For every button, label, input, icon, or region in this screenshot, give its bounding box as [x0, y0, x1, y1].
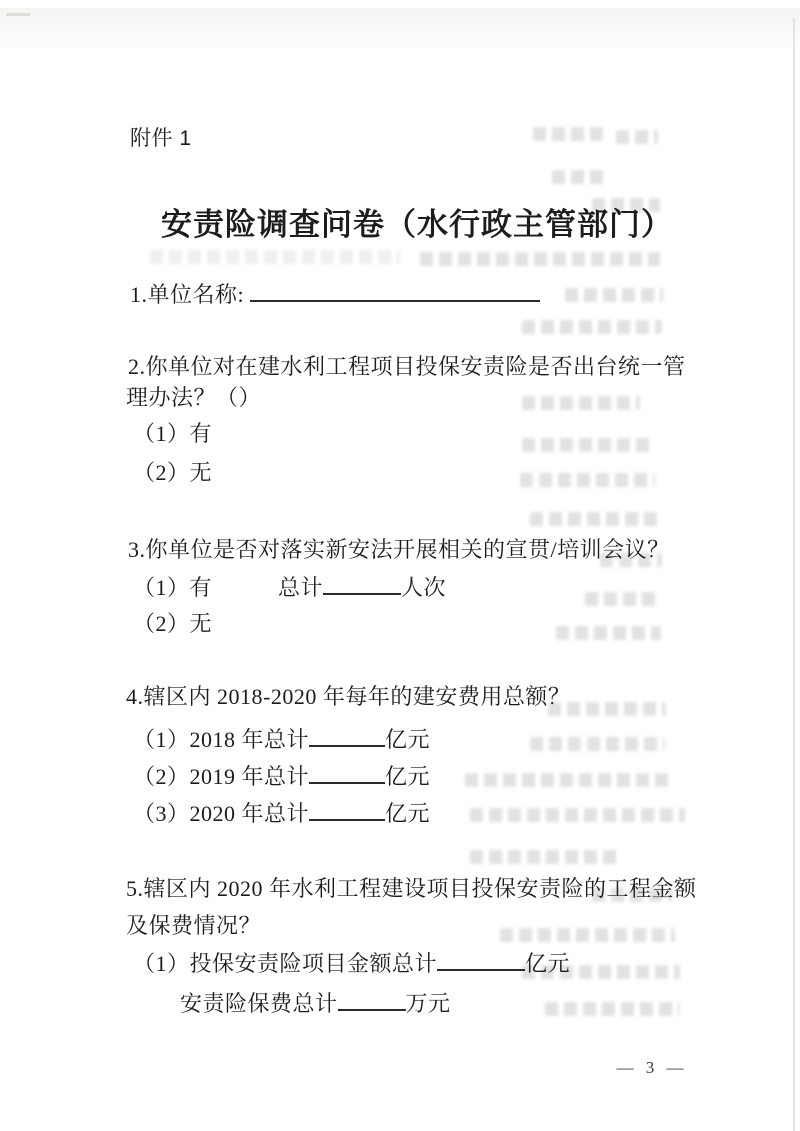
question-2-option-1: （1）有 — [133, 417, 212, 448]
bleedthrough-artifact — [565, 288, 663, 302]
question-4-item-3-label: （3）2020 年总计 — [133, 801, 309, 826]
bleedthrough-artifact — [150, 250, 400, 264]
question-5-item-2-blank — [338, 987, 406, 1011]
question-2-option-2: （2）无 — [133, 456, 212, 487]
question-3-option-2: （2）无 — [133, 607, 212, 638]
question-3-option-1: （1）有总计人次 — [133, 571, 446, 602]
question-2-line1: 2.你单位对在建水利工程项目投保安责险是否出台统一管 — [128, 350, 686, 381]
bleedthrough-artifact — [556, 626, 661, 640]
bleedthrough-artifact — [522, 396, 640, 410]
question-5-item-1: （1）投保安责险项目金额总计亿元 — [133, 947, 570, 978]
question-5-item-1-label: （1）投保安责险项目金额总计 — [133, 951, 437, 976]
bleedthrough-artifact — [552, 170, 607, 184]
question-5-item-2-unit: 万元 — [406, 991, 451, 1016]
question-5-item-2-label: 安责险保费总计 — [180, 991, 338, 1016]
question-3-option-1-label: （1）有 — [133, 575, 212, 600]
question-4-item-1-blank — [309, 723, 385, 747]
bleedthrough-artifact — [522, 438, 654, 452]
question-4-item-3-unit: 亿元 — [385, 801, 430, 826]
bleedthrough-artifact — [533, 127, 605, 141]
bleedthrough-artifact — [470, 808, 685, 822]
question-4-item-1-label: （1）2018 年总计 — [133, 727, 309, 752]
bleedthrough-artifact — [616, 130, 658, 144]
question-5-item-2: 安责险保费总计万元 — [180, 987, 451, 1018]
question-3-unit: 人次 — [401, 575, 446, 600]
question-1-label: 1.单位名称: — [130, 282, 244, 307]
question-2-line2: 理办法？（） — [126, 381, 261, 412]
question-4-item-2-unit: 亿元 — [385, 764, 430, 789]
question-4: 4.辖区内 2018-2020 年每年的建安费用总额？ — [126, 680, 570, 711]
bleedthrough-artifact — [530, 737, 665, 751]
question-3-total-label: 总计 — [278, 575, 323, 600]
question-4-item-2: （2）2019 年总计亿元 — [133, 760, 430, 791]
attachment-label: 附件 1 — [130, 122, 192, 152]
bleedthrough-artifact — [545, 1002, 680, 1016]
question-1: 1.单位名称: — [130, 278, 540, 309]
bleedthrough-artifact — [520, 473, 655, 487]
question-3: 3.你单位是否对落实新安法开展相关的宣贯/培训会议？ — [128, 533, 670, 564]
scan-corner-artifact — [6, 13, 30, 16]
question-5-item-1-unit: 亿元 — [525, 951, 570, 976]
question-4-item-3: （3）2020 年总计亿元 — [133, 797, 430, 828]
question-4-item-1-unit: 亿元 — [385, 727, 430, 752]
bleedthrough-artifact — [500, 928, 675, 942]
scanned-document-page: 附件 1 安责险调查问卷（水行政主管部门） 1.单位名称: 2.你单位对在建水利… — [0, 0, 800, 1131]
document-title: 安责险调查问卷（水行政主管部门） — [0, 199, 800, 244]
question-1-blank-line — [250, 278, 540, 302]
question-4-item-2-blank — [309, 760, 385, 784]
question-4-item-2-label: （2）2019 年总计 — [133, 764, 309, 789]
scan-right-edge-line — [793, 18, 795, 1131]
question-4-item-3-blank — [309, 797, 385, 821]
bleedthrough-artifact — [465, 773, 670, 787]
bleedthrough-artifact — [522, 320, 662, 334]
scan-top-shading — [0, 8, 800, 48]
question-5-line2: 及保费情况？ — [126, 909, 261, 940]
question-4-item-1: （1）2018 年总计亿元 — [133, 723, 430, 754]
page-number: — 3 — — [596, 1058, 708, 1078]
question-5-line1: 5.辖区内 2020 年水利工程建设项目投保安责险的工程金额 — [126, 872, 697, 903]
bleedthrough-artifact — [470, 850, 620, 864]
question-5-item-1-blank — [437, 947, 525, 971]
bleedthrough-artifact — [420, 252, 660, 266]
bleedthrough-artifact — [585, 592, 660, 606]
question-3-blank-line — [323, 571, 401, 595]
bleedthrough-artifact — [530, 512, 658, 526]
